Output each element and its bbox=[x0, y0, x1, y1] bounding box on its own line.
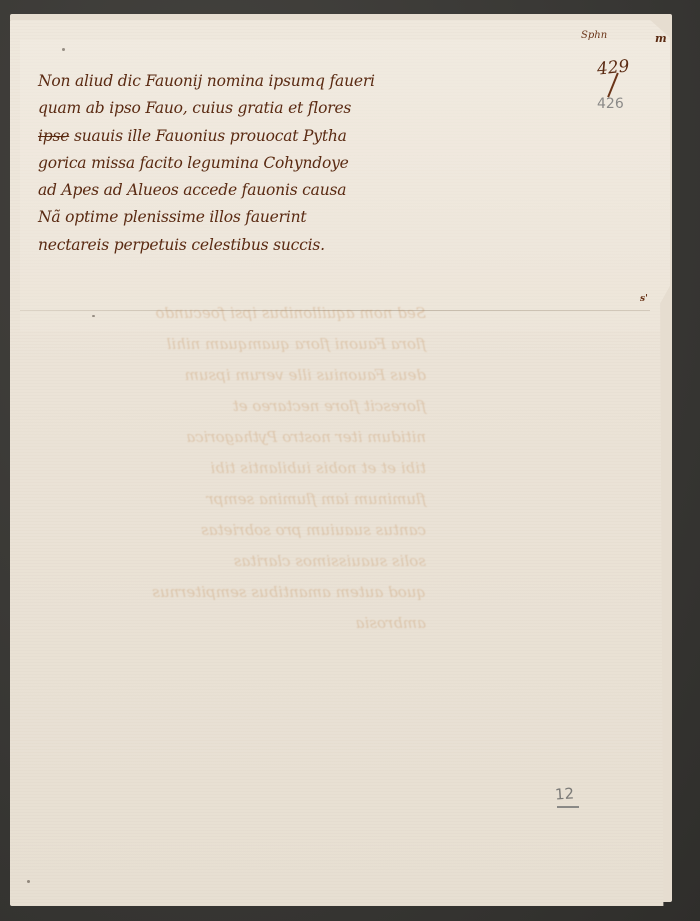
folio-number-pencil: 426 bbox=[597, 96, 624, 112]
paper-spot bbox=[92, 315, 95, 317]
text-line-3: ipse suauis ille Fauonius prouocat Pytha bbox=[38, 123, 458, 150]
bleed-line: quod autem amantibus sempiternus bbox=[66, 577, 426, 608]
bleed-line: solis suauissimos claritas bbox=[66, 546, 426, 577]
corner-mark: m bbox=[655, 32, 667, 45]
folio-number-ink: 429 bbox=[596, 56, 630, 79]
text-line-1: Non aliud dic Fauonij nomina ipsumq faue… bbox=[38, 68, 458, 95]
struck-word: ipse bbox=[38, 127, 69, 145]
bleed-line: fluminum iam flumina sempr bbox=[66, 484, 426, 515]
bleed-line: Sed nom aquillonibus ipsi foecundo bbox=[66, 298, 426, 329]
bleed-line: ambrosia bbox=[66, 608, 426, 639]
bleed-line: flora Fauoni flora quamquam nihil bbox=[66, 329, 426, 360]
bleed-line: tibi et et nobis iubilantis tibi bbox=[66, 453, 426, 484]
text-line-3-rest: suauis ille Fauonius prouocat Pytha bbox=[69, 127, 346, 145]
bleed-line: florescit flore nectareo et bbox=[66, 391, 426, 422]
text-line-6: Nã optime plenissime illos fauerint bbox=[38, 204, 458, 231]
pencil-page-number: 12 bbox=[554, 784, 574, 803]
paper-spot bbox=[62, 48, 65, 51]
pencil-underline bbox=[557, 806, 579, 808]
paper-spot bbox=[27, 880, 30, 883]
bleed-line: nitidum iter nostro Pythagorica bbox=[66, 422, 426, 453]
text-line-4: gorica missa facito legumina Cohyndoye bbox=[38, 150, 458, 177]
text-line-2: quam ab ipso Fauo, cuius gratia et flore… bbox=[38, 95, 458, 122]
bleed-line: deus Fauonius ille verum ipsum bbox=[66, 360, 426, 391]
text-line-5: ad Apes ad Alueos accede fauonis causa bbox=[38, 177, 458, 204]
handwritten-text: Non aliud dic Fauonij nomina ipsumq faue… bbox=[38, 68, 458, 259]
text-line-7: nectareis perpetuis celestibus succis. bbox=[38, 232, 458, 259]
bleed-through-text: Sed nom aquillonibus ipsi foecundo flora… bbox=[66, 298, 426, 639]
bleed-line: cantus suauium pro sobrietas bbox=[66, 515, 426, 546]
corner-annotation: Sphn bbox=[581, 30, 607, 41]
fold-mark: s' bbox=[640, 294, 648, 304]
